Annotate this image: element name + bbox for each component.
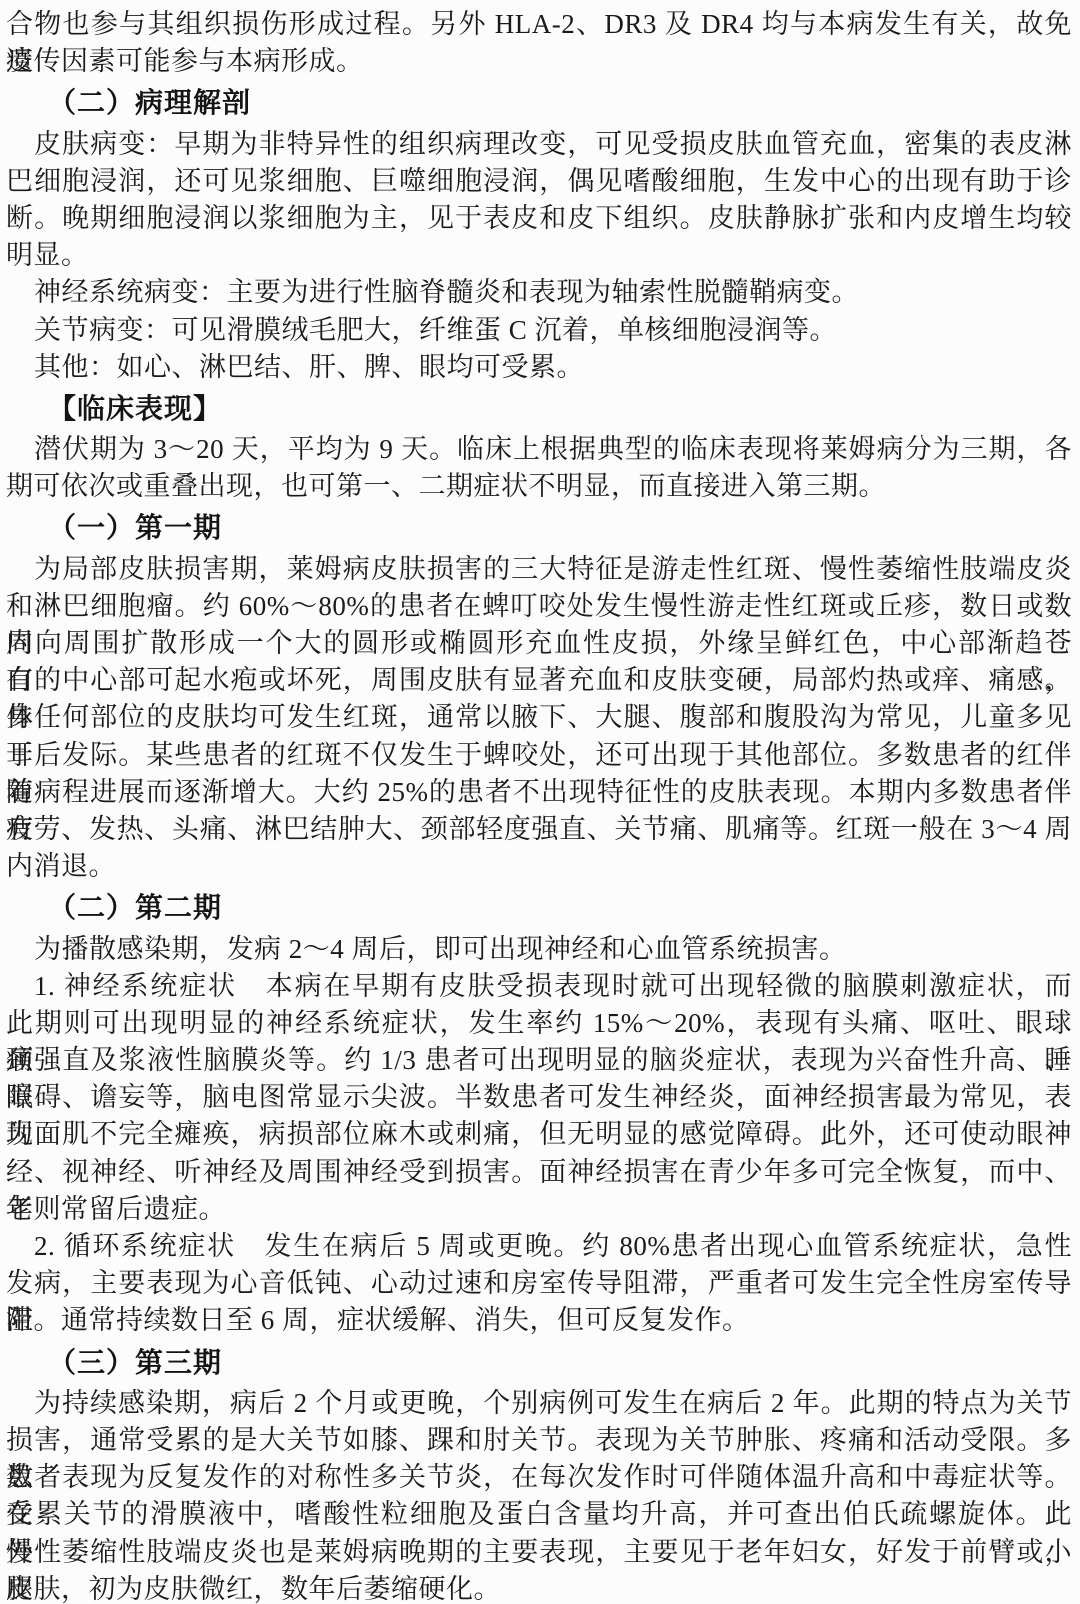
text-line: 障碍、谵妄等，脑电图常显示尖波。半数患者可发生神经炎，面神经损害最为常见，表现 [6,1079,1072,1116]
text-line: 皮肤，初为皮肤微红，数年后萎缩硬化。 [6,1571,1072,1604]
text-line: 神经系统病变：主要为进行性脑脊髓炎和表现为轴索性脱髓鞘病变。 [6,274,1072,311]
text-line: 合物也参与其组织损伤形成过程。另外 HLA-2、DR3 及 DR4 均与本病发生… [6,6,1072,43]
text-line: 患者表现为反复发作的对称性多关节炎，在每次发作时可伴随体温升高和中毒症状等。在 [6,1459,1072,1496]
text-line: 有的中心部可起水疱或坏死，周围皮肤有显著充血和皮肤变硬，局部灼热或痒、痛感。身 [6,662,1072,699]
text-line: 疲劳、发热、头痛、淋巴结肿大、颈部轻度强直、关节痛、肌痛等。红斑一般在 3～4 … [6,811,1072,848]
paragraph: 2. 循环系统症状 发生在病后 5 周或更晚。约 80%患者出现心血管系统症状，… [6,1228,1072,1340]
text-line: 体任何部位的皮肤均可发生红斑，通常以腋下、大腿、腹部和腹股沟为常见，儿童多见于 [6,699,1072,736]
text-line: 和淋巴细胞瘤。约 60%～80%的患者在蜱叮咬处发生慢性游走性红斑或丘疹，数日或… [6,588,1072,625]
text-line: 为局部皮肤损害期，莱姆病皮肤损害的三大特征是游走性红斑、慢性萎缩性肢端皮炎 [6,551,1072,588]
text-line: 内向周围扩散形成一个大的圆形或椭圆形充血性皮损，外缘呈鲜红色，中心部渐趋苍白， [6,625,1072,662]
document-page: 合物也参与其组织损伤形成过程。另外 HLA-2、DR3 及 DR4 均与本病发生… [0,0,1080,1604]
text-line: 为面肌不完全瘫痪，病损部位麻木或刺痛，但无明显的感觉障碍。此外，还可使动眼神 [6,1116,1072,1153]
text-line: 慢性萎缩性肢端皮炎也是莱姆病晚期的主要表现，主要见于老年妇女，好发于前臂或小腿 [6,1534,1072,1571]
paragraph: 皮肤病变：早期为非特异性的组织病理改变，可见受损皮肤血管充血，密集的表皮淋巴细胞… [6,126,1072,275]
text-line: 为持续感染期，病后 2 个月或更晚，个别病例可发生在病后 2 年。此期的特点为关… [6,1385,1072,1422]
text-line: 损害，通常受累的是大关节如膝、踝和肘关节。表现为关节肿胀、疼痛和活动受限。多数 [6,1422,1072,1459]
section-heading: （三）第三期 [48,1344,1072,1381]
text-line: 遗传因素可能参与本病形成。 [6,43,1072,80]
paragraph: 神经系统病变：主要为进行性脑脊髓炎和表现为轴索性脱髓鞘病变。 [6,274,1072,311]
text-line: 受累关节的滑膜液中，嗜酸性粒细胞及蛋白含量均升高，并可查出伯氏疏螺旋体。此外， [6,1496,1072,1533]
section-heading: （二）第二期 [48,889,1072,926]
section-heading: 【临床表现】 [48,390,1072,427]
text-line: 潜伏期为 3～20 天，平均为 9 天。临床上根据典型的临床表现将莱姆病分为三期… [6,431,1072,468]
paragraph: 1. 神经系统症状 本病在早期有皮肤受损表现时就可出现轻微的脑膜刺激症状，而此期… [6,968,1072,1228]
paragraph: 为持续感染期，病后 2 个月或更晚，个别病例可发生在病后 2 年。此期的特点为关… [6,1385,1072,1604]
text-line: 断。晚期细胞浸润以浆细胞为主，见于表皮和皮下组织。皮肤静脉扩张和内皮增生均较 [6,200,1072,237]
paragraph: 为播散感染期，发病 2～4 周后，即可出现神经和心血管系统损害。 [6,931,1072,968]
paragraph: 潜伏期为 3～20 天，平均为 9 天。临床上根据典型的临床表现将莱姆病分为三期… [6,431,1072,505]
text-line: 发病，主要表现为心音低钝、心动过速和房室传导阻滞，严重者可发生完全性房室传导阻 [6,1265,1072,1302]
text-line: 皮肤病变：早期为非特异性的组织病理改变，可见受损皮肤血管充血，密集的表皮淋 [6,126,1072,163]
text-line: 关节病变：可见滑膜绒毛肥大，纤维蛋 C 沉着，单核细胞浸润等。 [6,312,1072,349]
text-line: 经、视神经、听神经及周围神经受到损害。面神经损害在青少年多可完全恢复，而中、老 [6,1154,1072,1191]
text-line: 着病程进展而逐渐增大。大约 25%的患者不出现特征性的皮肤表现。本期内多数患者伴… [6,774,1072,811]
text-line: 滞。通常持续数日至 6 周，症状缓解、消失，但可反复发作。 [6,1302,1072,1339]
text-line: 巴细胞浸润，还可见浆细胞、巨噬细胞浸润，偶见嗜酸细胞，生发中心的出现有助于诊 [6,163,1072,200]
text-line: 1. 神经系统症状 本病在早期有皮肤受损表现时就可出现轻微的脑膜刺激症状，而 [6,968,1072,1005]
paragraph: 关节病变：可见滑膜绒毛肥大，纤维蛋 C 沉着，单核细胞浸润等。 [6,312,1072,349]
page-text: 合物也参与其组织损伤形成过程。另外 HLA-2、DR3 及 DR4 均与本病发生… [6,6,1072,1604]
text-line: 此期则可出现明显的神经系统症状，发生率约 15%～20%，表现有头痛、呕吐、眼球… [6,1005,1072,1042]
text-line: 年则常留后遗症。 [6,1191,1072,1228]
paragraph: 其他：如心、淋巴结、肝、脾、眼均可受累。 [6,349,1072,386]
text-line: 其他：如心、淋巴结、肝、脾、眼均可受累。 [6,349,1072,386]
section-heading: （二）病理解剖 [48,84,1072,121]
paragraph: 为局部皮肤损害期，莱姆病皮肤损害的三大特征是游走性红斑、慢性萎缩性肢端皮炎和淋巴… [6,551,1072,886]
section-heading: （一）第一期 [48,509,1072,546]
paragraph: 合物也参与其组织损伤形成过程。另外 HLA-2、DR3 及 DR4 均与本病发生… [6,6,1072,80]
text-line: 为播散感染期，发病 2～4 周后，即可出现神经和心血管系统损害。 [6,931,1072,968]
text-line: 内消退。 [6,848,1072,885]
text-line: 期可依次或重叠出现，也可第一、二期症状不明显，而直接进入第三期。 [6,468,1072,505]
text-line: 耳后发际。某些患者的红斑不仅发生于蜱咬处，还可出现于其他部位。多数患者的红伴随 [6,737,1072,774]
text-line: 颈强直及浆液性脑膜炎等。约 1/3 患者可出现明显的脑炎症状，表现为兴奋性升高、… [6,1042,1072,1079]
text-line: 明显。 [6,237,1072,274]
text-line: 2. 循环系统症状 发生在病后 5 周或更晚。约 80%患者出现心血管系统症状，… [6,1228,1072,1265]
